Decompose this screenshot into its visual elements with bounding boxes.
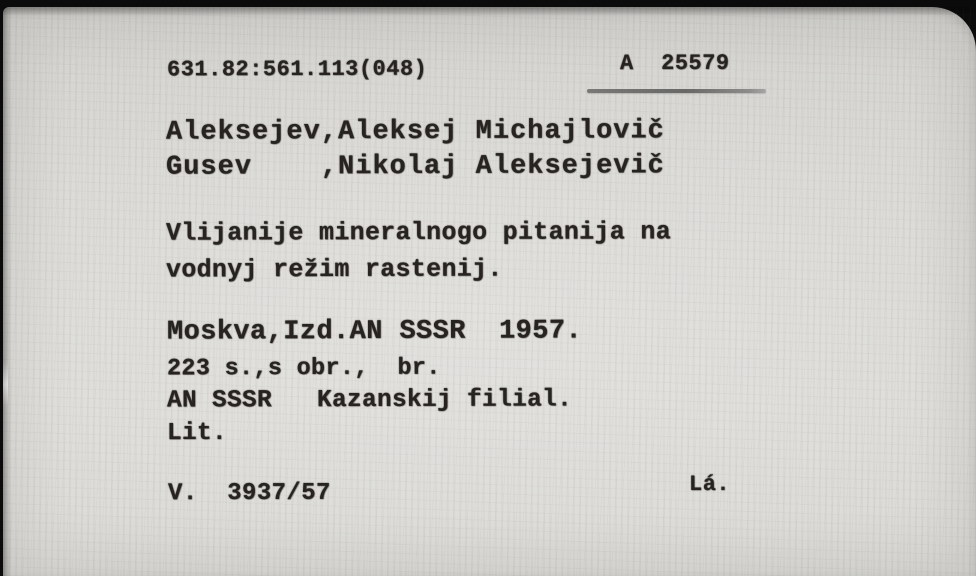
paper-texture <box>3 7 976 576</box>
title-line-1: Vlijanije mineralnogo pitanija na <box>166 219 671 245</box>
accession-underline <box>587 89 766 93</box>
author-line-2: Gusev ,Nikolaj Aleksejevič <box>166 153 665 181</box>
imprint-collation-line: 223 s.,s obr., br. <box>167 357 441 381</box>
accession-number: A 25579 <box>620 53 730 75</box>
cataloguer-initials: Lá. <box>689 474 730 496</box>
classification-number: 631.82:561.113(048) <box>167 59 427 82</box>
imprint-note-line: Lit. <box>167 422 227 447</box>
imprint-publication-line: Moskva,Izd.AN SSSR 1957. <box>167 318 582 346</box>
title-line-2: vodnyj režim rastenij. <box>166 257 503 283</box>
catalog-card: 631.82:561.113(048) A 25579 Aleksejev,Al… <box>3 7 976 576</box>
imprint-institution-line: AN SSSR Kazanskij filial. <box>167 388 572 414</box>
inventory-number: V. 3937/57 <box>168 482 331 506</box>
scan-background: 631.82:561.113(048) A 25579 Aleksejev,Al… <box>0 0 976 576</box>
author-line-1: Aleksejev,Aleksej Michajlovič <box>166 118 665 146</box>
card-top-edge-shadow <box>3 7 976 16</box>
card-left-edge-shadow <box>3 7 11 576</box>
